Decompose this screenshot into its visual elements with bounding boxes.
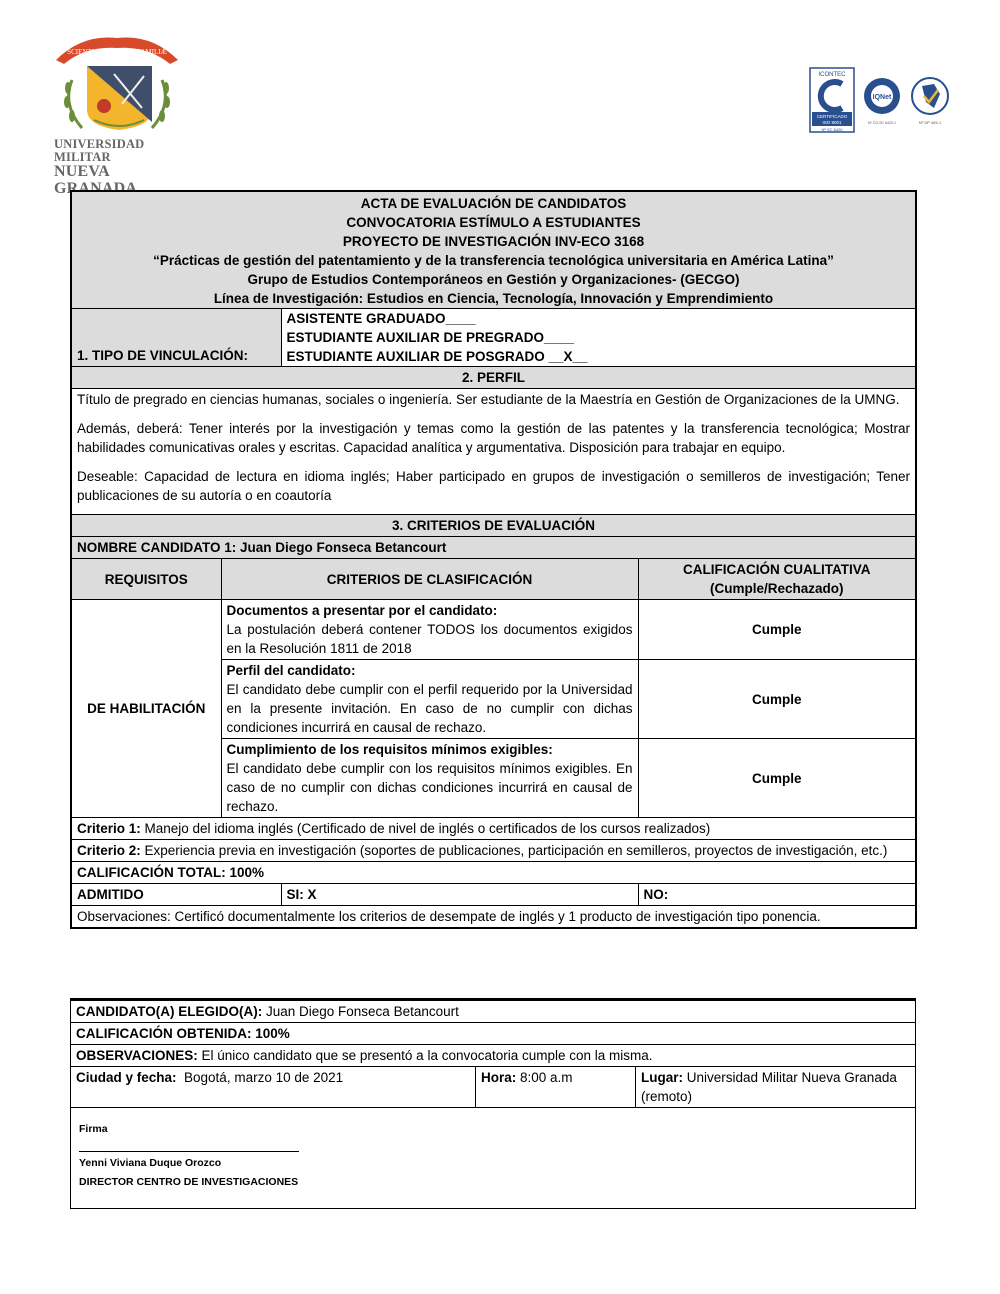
perfil-paragraph: Título de pregrado en ciencias humanas, … bbox=[77, 390, 910, 409]
university-name: UNIVERSIDAD MILITAR NUEVA GRANADA bbox=[54, 138, 184, 198]
svg-text:SCIENTIÆ · PATRIÆ · FAMILIÆ: SCIENTIÆ · PATRIÆ · FAMILIÆ bbox=[67, 48, 167, 56]
vinculacion-row: 1. TIPO DE VINCULACIÓN: ASISTENTE GRADUA… bbox=[71, 309, 916, 367]
hora: Hora: 8:00 a.m bbox=[476, 1067, 636, 1108]
candidate-name-row: NOMBRE CANDIDATO 1: Juan Diego Fonseca B… bbox=[71, 537, 916, 559]
title-line: CONVOCATORIA ESTÍMULO A ESTUDIANTES bbox=[77, 213, 910, 232]
firma-label: Firma bbox=[79, 1120, 909, 1139]
signature-block: Firma Yenni Viviana Duque Orozco DIRECTO… bbox=[71, 1108, 916, 1209]
certification-badges-icon: ICONTEC CERTIFICADO ISO 9001 Nº SC 6420 … bbox=[808, 66, 958, 136]
criteria-row: DE HABILITACIÓN Documentos a presentar p… bbox=[71, 600, 916, 660]
section-heading-criterios: 3. CRITERIOS DE EVALUACIÓN bbox=[71, 515, 916, 537]
title-line: “Prácticas de gestión del patentamiento … bbox=[77, 251, 910, 270]
admitido-si: SI: X bbox=[281, 884, 638, 906]
criteria-title: Cumplimiento de los requisitos mínimos e… bbox=[227, 740, 633, 759]
criteria-title: Perfil del candidato: bbox=[227, 661, 633, 680]
elegido-name: Juan Diego Fonseca Betancourt bbox=[262, 1004, 459, 1019]
column-header-criterios: CRITERIOS DE CLASIFICACIÓN bbox=[221, 559, 638, 600]
criterio-2: Criterio 2: Experiencia previa en invest… bbox=[71, 840, 916, 862]
certification-logos: ICONTEC CERTIFICADO ISO 9001 Nº SC 6420 … bbox=[808, 66, 958, 136]
vinculacion-label: 1. TIPO DE VINCULACIÓN: bbox=[71, 309, 281, 367]
observaciones-evaluacion: Observaciones: Certificó documentalmente… bbox=[71, 906, 916, 929]
svg-text:IQNet: IQNet bbox=[873, 94, 892, 101]
title-line: ACTA DE EVALUACIÓN DE CANDIDATOS bbox=[77, 194, 910, 213]
signer-role: DIRECTOR CENTRO DE INVESTIGACIONES bbox=[79, 1173, 909, 1192]
university-logo: SCIENTIÆ · PATRIÆ · FAMILIÆ UNIVERSIDAD … bbox=[52, 30, 182, 170]
vinculacion-option: ESTUDIANTE AUXILIAR DE PREGRADO____ bbox=[287, 328, 911, 347]
criteria-text: El candidato debe cumplir con los requis… bbox=[227, 759, 633, 816]
perfil-paragraph: Además, deberá: Tener interés por la inv… bbox=[77, 419, 910, 457]
criteria-text: El candidato debe cumplir con el perfil … bbox=[227, 680, 633, 737]
criteria-result: Cumple bbox=[638, 739, 916, 818]
vinculacion-option: ESTUDIANTE AUXILIAR DE POSGRADO __X__ bbox=[287, 347, 911, 366]
column-header-requisitos: REQUISITOS bbox=[71, 559, 221, 600]
admitido-label: ADMITIDO bbox=[71, 884, 281, 906]
requisito-habilitacion: DE HABILITACIÓN bbox=[71, 600, 221, 818]
perfil-paragraph: Deseable: Capacidad de lectura en idioma… bbox=[77, 467, 910, 505]
admitido-row: ADMITIDO SI: X NO: bbox=[71, 884, 916, 906]
criteria-text: La postulación deberá contener TODOS los… bbox=[227, 620, 633, 658]
observaciones-resultado: OBSERVACIONES: El único candidato que se… bbox=[71, 1045, 916, 1067]
elegido-row: CANDIDATO(A) ELEGIDO(A): Juan Diego Fons… bbox=[71, 1000, 916, 1023]
ciudad-fecha: Ciudad y fecha: Bogotá, marzo 10 de 2021 bbox=[71, 1067, 476, 1108]
vinculacion-option: ASISTENTE GRADUADO____ bbox=[287, 309, 911, 328]
criteria-title: Documentos a presentar por el candidato: bbox=[227, 601, 633, 620]
fecha-lugar-row: Ciudad y fecha: Bogotá, marzo 10 de 2021… bbox=[71, 1067, 916, 1108]
criterio-1: Criterio 1: Manejo del idioma inglés (Ce… bbox=[71, 818, 916, 840]
title-block: ACTA DE EVALUACIÓN DE CANDIDATOS CONVOCA… bbox=[71, 191, 916, 309]
title-line: PROYECTO DE INVESTIGACIÓN INV-ECO 3168 bbox=[77, 232, 910, 251]
result-table: CANDIDATO(A) ELEGIDO(A): Juan Diego Fons… bbox=[70, 998, 916, 1209]
svg-text:ICONTEC: ICONTEC bbox=[819, 72, 847, 78]
calificacion-obtenida: CALIFICACIÓN OBTENIDA: 100% bbox=[71, 1023, 916, 1045]
candidate-label: NOMBRE CANDIDATO 1: bbox=[77, 540, 236, 555]
candidate-name: Juan Diego Fonseca Betancourt bbox=[240, 540, 446, 555]
lugar: Lugar: Universidad Militar Nueva Granada… bbox=[636, 1067, 916, 1108]
svg-text:Nº GP 465-1: Nº GP 465-1 bbox=[919, 120, 942, 125]
calificacion-total: CALIFICACIÓN TOTAL: 100% bbox=[71, 862, 916, 884]
criteria-header-row: REQUISITOS CRITERIOS DE CLASIFICACIÓN CA… bbox=[71, 559, 916, 600]
signer-name: Yenni Viviana Duque Orozco bbox=[79, 1154, 909, 1173]
title-line: Línea de Investigación: Estudios en Cien… bbox=[77, 289, 910, 308]
perfil-description: Título de pregrado en ciencias humanas, … bbox=[71, 389, 916, 515]
admitido-no: NO: bbox=[638, 884, 916, 906]
title-line: Grupo de Estudios Contemporáneos en Gest… bbox=[77, 270, 910, 289]
section-heading-perfil: 2. PERFIL bbox=[71, 367, 916, 389]
criteria-result: Cumple bbox=[638, 660, 916, 739]
column-header-calificacion: CALIFICACIÓN CUALITATIVA (Cumple/Rechaza… bbox=[638, 559, 916, 600]
svg-text:Nº SC 6420: Nº SC 6420 bbox=[821, 127, 843, 132]
university-crest-icon: SCIENTIÆ · PATRIÆ · FAMILIÆ bbox=[52, 30, 182, 138]
evaluation-table: ACTA DE EVALUACIÓN DE CANDIDATOS CONVOCA… bbox=[70, 190, 917, 929]
svg-text:Nº CO-SC 6420-1: Nº CO-SC 6420-1 bbox=[868, 121, 896, 125]
criteria-result: Cumple bbox=[638, 600, 916, 660]
svg-text:CERTIFICADO: CERTIFICADO bbox=[817, 114, 848, 119]
svg-text:ISO 9001: ISO 9001 bbox=[822, 120, 842, 125]
signature-line bbox=[79, 1151, 299, 1152]
